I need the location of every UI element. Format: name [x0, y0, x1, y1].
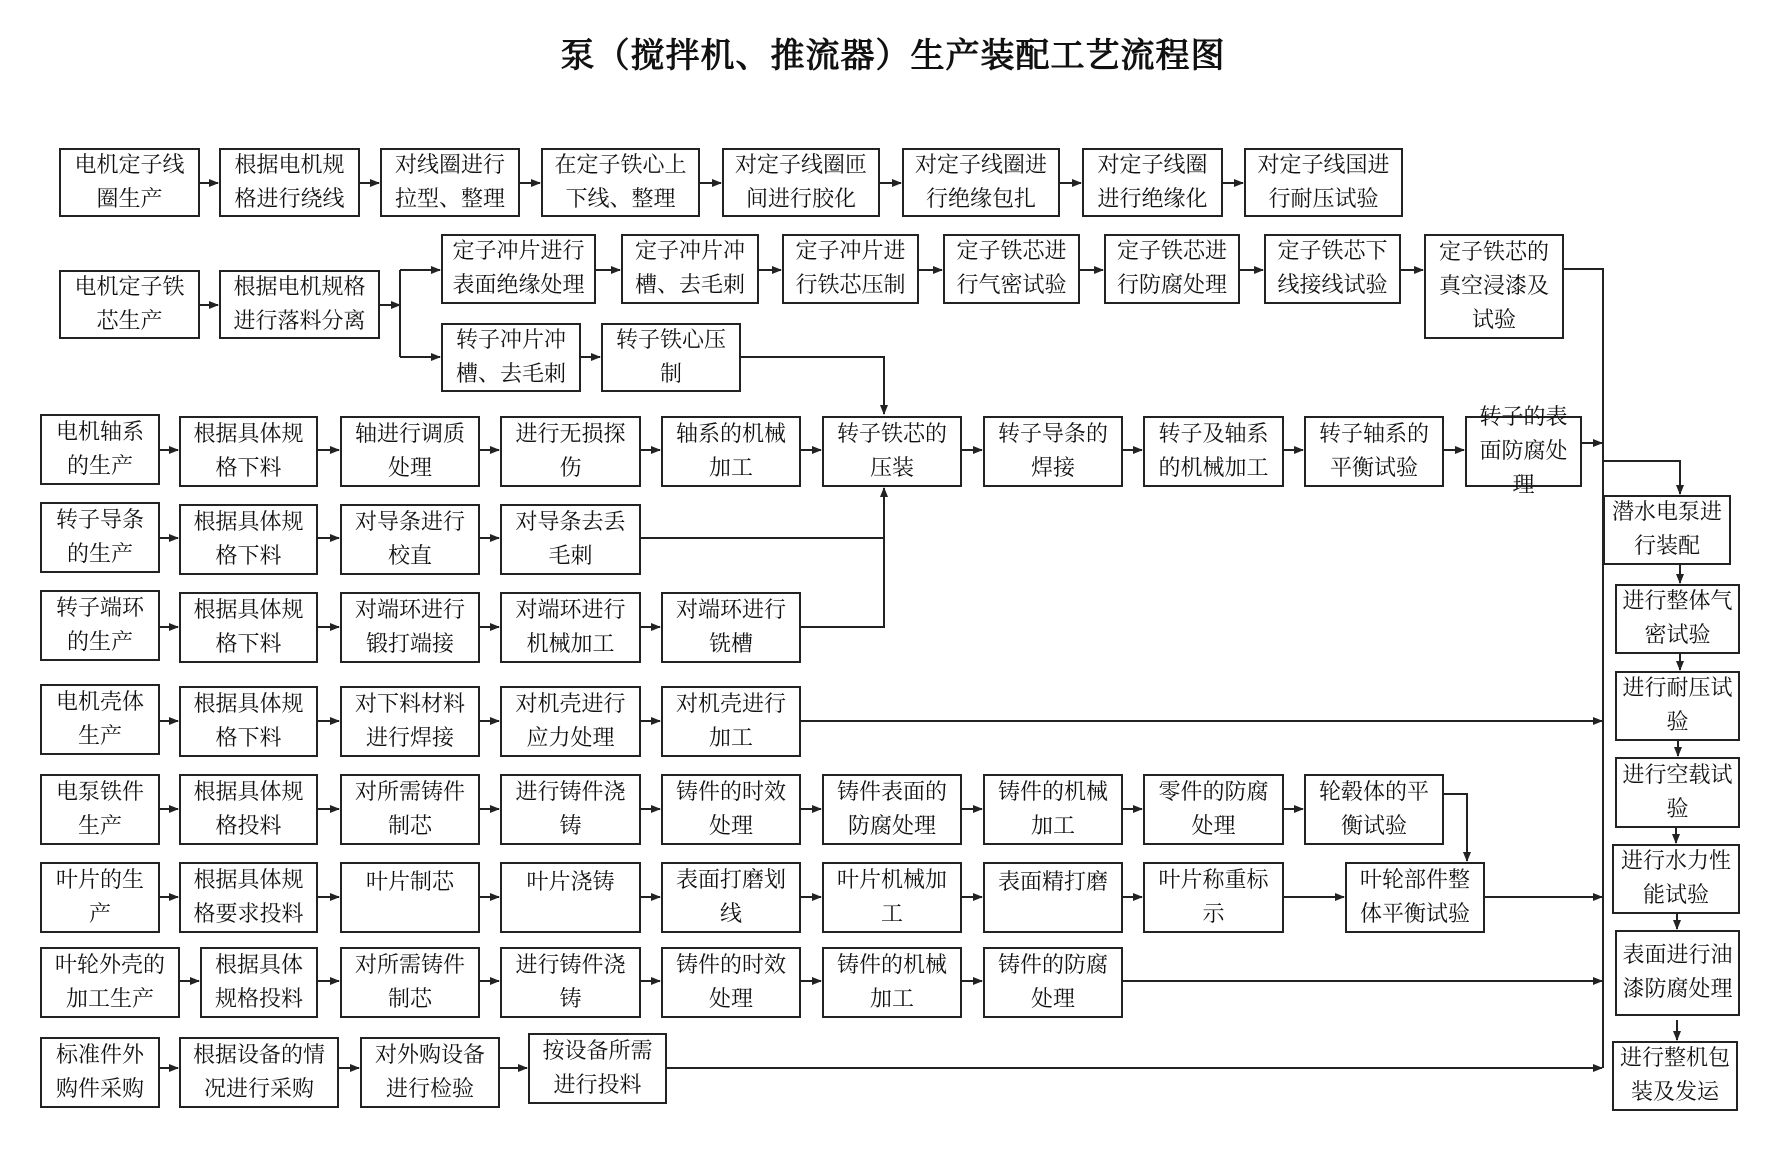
step-iron-parts-1: 电泵铁件生产 [40, 774, 160, 845]
step-assembly-7: 进行整机包装及发运 [1612, 1041, 1738, 1111]
step-purchase-1: 标准件外购件采购 [40, 1037, 160, 1108]
step-impeller-shell-6: 铸件的机械加工 [822, 947, 962, 1018]
step-rotor-punch-1: 转子冲片冲槽、去毛刺 [441, 323, 581, 392]
step-blade-5: 表面打磨划线 [661, 862, 801, 933]
step-end-ring-4: 对端环进行机械加工 [500, 592, 641, 663]
step-blade-4: 叶片浇铸 [500, 862, 641, 933]
step-rotor-punch-2: 转子铁心压制 [601, 323, 741, 392]
step-stator-punch-3: 定子冲片进行铁芯压制 [782, 234, 919, 304]
step-shaft-3: 轴进行调质处理 [340, 416, 480, 487]
step-blade-3: 叶片制芯 [340, 862, 480, 933]
step-end-ring-3: 对端环进行锻打端接 [340, 592, 480, 663]
step-shaft-8: 转子及轴系的机械加工 [1143, 416, 1284, 487]
step-assembly-6: 表面进行油漆防腐处理 [1615, 930, 1740, 1016]
step-stator-coil-5: 对定子线圈匝间进行胶化 [722, 148, 880, 217]
step-impeller-shell-7: 铸件的防腐处理 [983, 947, 1123, 1018]
step-shaft-10: 转子的表面防腐处理 [1465, 416, 1582, 487]
step-blade-8: 叶片称重标示 [1143, 862, 1284, 933]
step-iron-parts-7: 铸件的机械加工 [983, 774, 1123, 845]
step-housing-4: 对机壳进行应力处理 [500, 686, 641, 757]
step-housing-3: 对下料材料进行焊接 [340, 686, 480, 757]
step-blade-7: 表面精打磨 [983, 862, 1123, 933]
step-iron-parts-2: 根据具体规格投料 [179, 774, 318, 845]
step-shaft-9: 转子轴系的平衡试验 [1304, 416, 1444, 487]
step-impeller-shell-5: 铸件的时效处理 [661, 947, 801, 1018]
step-blade-6: 叶片机械加工 [822, 862, 962, 933]
step-stator-coil-4: 在定子铁心上下线、整理 [541, 148, 700, 217]
step-iron-parts-8: 零件的防腐处理 [1143, 774, 1284, 845]
step-rotor-bar-4: 对导条去丢毛刺 [500, 504, 641, 575]
step-iron-parts-4: 进行铸件浇铸 [500, 774, 641, 845]
step-iron-parts-9: 轮毂体的平衡试验 [1304, 774, 1444, 845]
step-housing-2: 根据具体规格下料 [179, 686, 318, 757]
step-shaft-5: 轴系的机械加工 [661, 416, 801, 487]
step-stator-punch-6: 定子铁芯下线接线试验 [1264, 234, 1401, 304]
step-iron-parts-6: 铸件表面的防腐处理 [822, 774, 962, 845]
step-rotor-bar-1: 转子导条的生产 [40, 502, 160, 573]
step-housing-1: 电机壳体生产 [40, 684, 160, 755]
step-stator-punch-7: 定子铁芯的真空浸漆及试验 [1424, 234, 1564, 339]
step-stator-punch-1: 定子冲片进行表面绝缘处理 [441, 234, 596, 304]
step-blade-9: 叶轮部件整体平衡试验 [1345, 862, 1485, 933]
step-impeller-shell-4: 进行铸件浇铸 [500, 947, 641, 1018]
step-assembly-5: 进行水力性能试验 [1612, 844, 1740, 914]
step-impeller-shell-3: 对所需铸件制芯 [340, 947, 480, 1018]
step-assembly-4: 进行空载试验 [1615, 757, 1740, 828]
step-housing-5: 对机壳进行加工 [661, 686, 801, 757]
step-end-ring-2: 根据具体规格下料 [179, 592, 318, 663]
step-stator-coil-2: 根据电机规格进行绕线 [219, 148, 360, 217]
step-blade-1: 叶片的生产 [40, 862, 160, 933]
step-stator-coil-8: 对定子线国进行耐压试验 [1244, 148, 1403, 217]
step-shaft-1: 电机轴系的生产 [40, 414, 160, 485]
step-stator-punch-4: 定子铁芯进行气密试验 [943, 234, 1080, 304]
step-purchase-2: 根据设备的情况进行采购 [179, 1037, 339, 1108]
step-shaft-6: 转子铁芯的压装 [822, 416, 962, 487]
step-shaft-4: 进行无损探伤 [500, 416, 641, 487]
step-iron-parts-5: 铸件的时效处理 [661, 774, 801, 845]
step-stator-coil-1: 电机定子线圈生产 [59, 148, 200, 217]
step-impeller-shell-2: 根据具体规格投料 [200, 947, 318, 1018]
step-stator-punch-2: 定子冲片冲槽、去毛刺 [621, 234, 759, 304]
step-blade-2: 根据具体规格要求投料 [179, 862, 318, 933]
step-end-ring-5: 对端环进行铣槽 [661, 592, 801, 663]
step-iron-parts-3: 对所需铸件制芯 [340, 774, 480, 845]
step-assembly-3: 进行耐压试验 [1615, 671, 1740, 741]
step-purchase-3: 对外购设备进行检验 [360, 1037, 500, 1108]
step-rotor-bar-3: 对导条进行校直 [340, 504, 480, 575]
step-assembly-1: 潜水电泵进行装配 [1603, 495, 1731, 565]
step-shaft-2: 根据具体规格下料 [179, 416, 318, 487]
step-stator-core-2: 根据电机规格进行落料分离 [219, 270, 380, 339]
step-stator-coil-3: 对线圈进行拉型、整理 [380, 148, 520, 217]
step-shaft-7: 转子导条的焊接 [983, 416, 1123, 487]
step-impeller-shell-1: 叶轮外壳的加工生产 [40, 947, 180, 1018]
step-stator-coil-7: 对定子线圈进行绝缘化 [1082, 148, 1223, 217]
step-rotor-bar-2: 根据具体规格下料 [179, 504, 318, 575]
step-assembly-2: 进行整体气密试验 [1615, 584, 1740, 654]
step-stator-punch-5: 定子铁芯进行防腐处理 [1104, 234, 1240, 304]
step-stator-core-1: 电机定子铁芯生产 [59, 270, 200, 339]
step-stator-coil-6: 对定子线圈进行绝缘包扎 [902, 148, 1060, 217]
step-end-ring-1: 转子端环的生产 [40, 590, 160, 661]
step-purchase-4: 按设备所需进行投料 [528, 1033, 667, 1104]
